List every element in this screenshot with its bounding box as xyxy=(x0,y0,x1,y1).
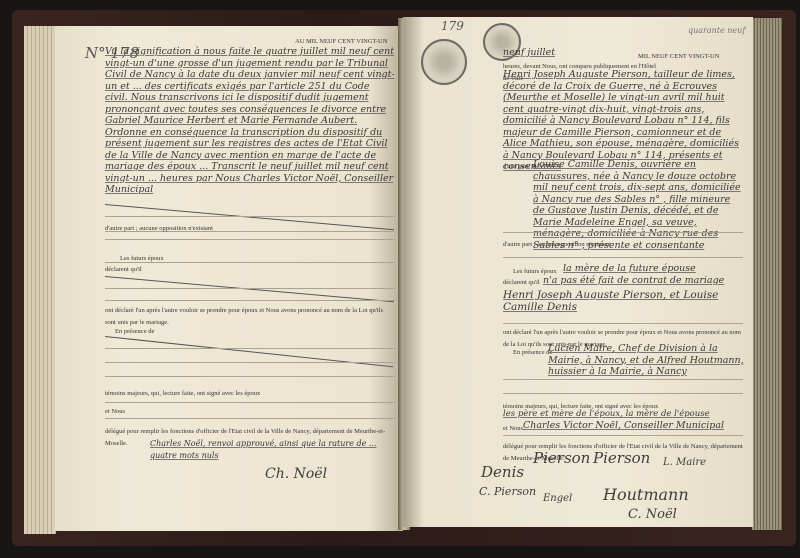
et-nous-label: et Nous xyxy=(105,406,125,418)
temoins-note: les père et mère de l'époux, la mère de … xyxy=(503,409,743,421)
officer-signature: Ch. Noël xyxy=(265,466,327,482)
strike-line xyxy=(105,276,394,302)
page-edges-right xyxy=(752,18,782,530)
rule xyxy=(105,362,395,363)
rule xyxy=(105,216,395,217)
page-edges-left xyxy=(24,26,56,534)
signature-denis: Denis xyxy=(481,463,524,481)
date-line: neuf juillet xyxy=(503,47,555,59)
temoins-label: témoins majeurs, qui, lecture faite, ont… xyxy=(105,388,260,400)
et-nous-label: et Nous xyxy=(503,423,523,435)
margin-note: Charles Noël, renvoi approuvé, ainsi que… xyxy=(150,438,390,461)
opposition-label: d'autre part ; aucune opposition n'exist… xyxy=(503,239,611,251)
declarent-label: déclarent qu'il xyxy=(503,277,540,289)
couple-names: Henri Joseph Auguste Pierson, et Louise … xyxy=(503,290,743,313)
right-page: 179 quarante neuf neuf juillet MIL NEUF … xyxy=(403,17,753,527)
rule xyxy=(105,418,395,419)
rule xyxy=(503,257,743,258)
signature-pierson-2: Pierson xyxy=(593,449,650,467)
rule xyxy=(503,232,743,233)
rule xyxy=(503,435,743,436)
officer-name: Charles Victor Noël, Conseiller Municipa… xyxy=(523,420,724,432)
presence-label: En présence de xyxy=(115,326,154,338)
presence-label: En présence de xyxy=(513,347,552,359)
groom-details: Henri Joseph Auguste Pierson, tailleur d… xyxy=(503,69,743,173)
declaration-text: ont déclaré l'un après l'autre vouloir s… xyxy=(105,305,395,328)
opposition-label: d'autre part ; aucune opposition n'exist… xyxy=(105,223,213,235)
une-part-label: d'une part, et xyxy=(503,161,536,173)
left-page: N° 178 AU MIL NEUF CENT VINGT-UN Vu la s… xyxy=(55,26,403,531)
rule xyxy=(105,288,395,289)
republic-seal-stamp xyxy=(421,39,467,85)
rule xyxy=(503,323,743,324)
stamp-record-number: 179 xyxy=(441,21,464,33)
signature-maire: L. Maire xyxy=(663,457,706,468)
signature-c-pierson: C. Pierson xyxy=(479,485,536,498)
rule xyxy=(105,239,395,240)
bride-details: Louise Camille Denis, ouvrière en chauss… xyxy=(533,159,743,251)
signature-noel: C. Noël xyxy=(628,507,677,522)
rule xyxy=(105,376,395,377)
witnesses: Lucien Maire, Chef de Division à la Mair… xyxy=(548,343,744,378)
signature-pierson-1: Pierson xyxy=(533,449,590,467)
contract-statement: n'a pas été fait de contrat de mariage xyxy=(543,275,724,287)
rule xyxy=(503,393,743,394)
rule xyxy=(105,262,395,263)
signature-engel: Engel xyxy=(543,493,572,504)
rule xyxy=(503,379,743,380)
transcription-text: Vu la signification à nous faite le quat… xyxy=(105,46,395,196)
signature-houtmann: Houtmann xyxy=(603,485,689,504)
rule xyxy=(105,300,395,301)
rule xyxy=(105,402,395,403)
rule xyxy=(105,348,395,349)
futurs-epoux-note: la mère de la future épouse xyxy=(563,263,696,275)
page-margin-note: quarante neuf xyxy=(688,25,745,37)
declarent-label: déclarent qu'il xyxy=(105,264,142,276)
